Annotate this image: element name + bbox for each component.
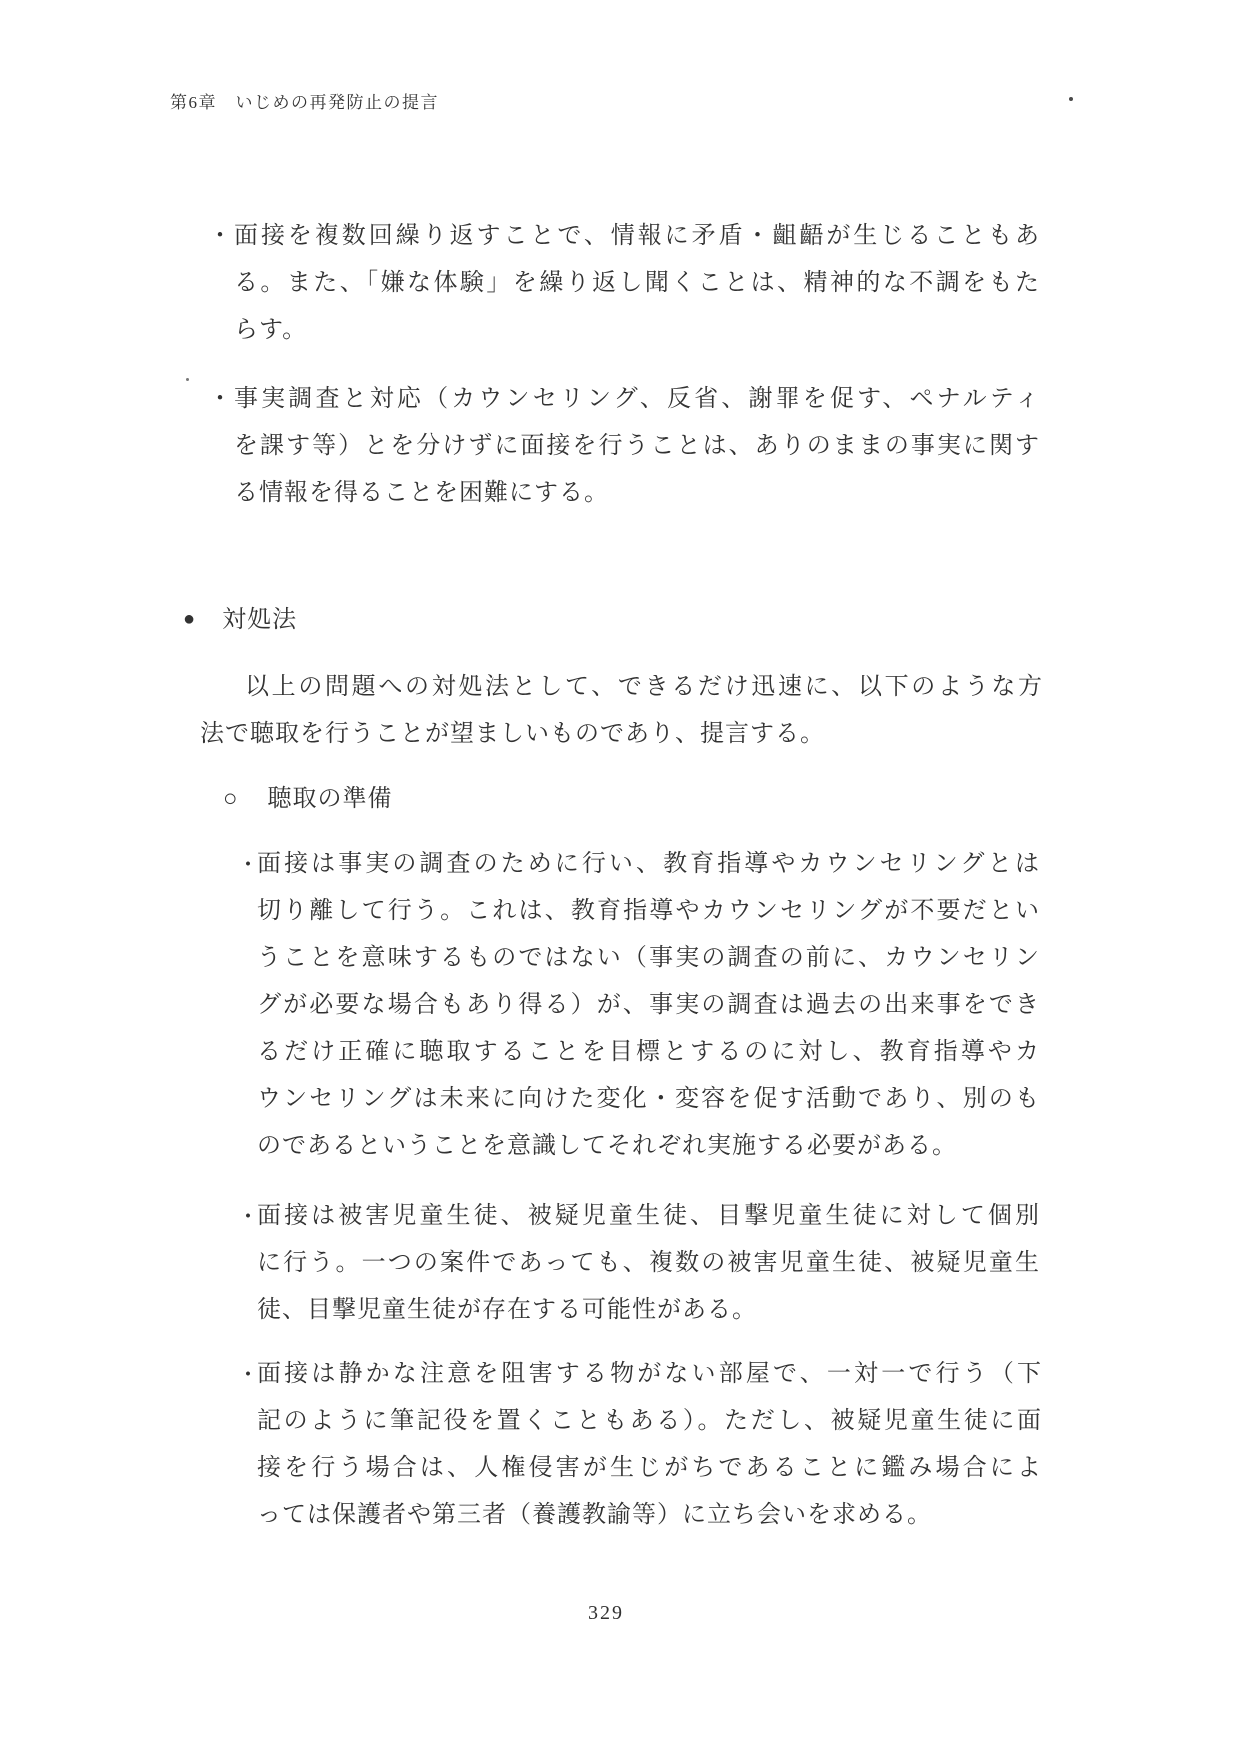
bullet-paragraph: ・面接は静かな注意を阻害する物がない部屋で、一対一で行う（下記のように筆記役を置… bbox=[257, 1351, 1042, 1539]
text-line: うことを意味するものではない（事実の調査の前に、カウンセリン bbox=[257, 935, 1040, 982]
open-circle-icon: ○ bbox=[223, 786, 239, 812]
bullet-icon: ・ bbox=[208, 213, 233, 260]
bullet-icon: ・ bbox=[208, 376, 233, 423]
text-line: らす。 bbox=[234, 307, 1040, 354]
text-line: 記のように筆記役を置くこともある）。ただし、被疑児童生徒に面 bbox=[257, 1398, 1042, 1445]
text-line: るだけ正確に聴取することを目標とするのに対し、教育指導やカ bbox=[257, 1029, 1040, 1076]
text-line: 徒、目撃児童生徒が存在する可能性がある。 bbox=[257, 1287, 1040, 1334]
page-number: 329 bbox=[556, 1601, 656, 1625]
text-line: を課す等）とを分けずに面接を行うことは、ありのままの事実に関す bbox=[234, 423, 1040, 470]
bullet-icon: ・ bbox=[237, 1351, 260, 1398]
text-line: 法で聴取を行うことが望ましいものであり、提言する。 bbox=[200, 711, 1043, 758]
bullet-paragraph: ・事実調査と対応（カウンセリング、反省、謝罪を促す、ペナルティを課す等）とを分け… bbox=[234, 376, 1040, 517]
text-line: る情報を得ることを困難にする。 bbox=[234, 470, 1040, 517]
bullet-paragraph: ・面接は事実の調査のために行い、教育指導やカウンセリングとは切り離して行う。これ… bbox=[257, 841, 1040, 1170]
text-line: ウンセリングは未来に向けた変化・変容を促す活動であり、別のも bbox=[257, 1076, 1040, 1123]
scanned-document-page: 第6章 いじめの再発防止の提言 ・面接を複数回繰り返すことで、情報に矛盾・齟齬が… bbox=[0, 0, 1239, 1754]
text-line: っては保護者や第三者（養護教諭等）に立ち会いを求める。 bbox=[257, 1492, 1042, 1539]
bullet-icon: ・ bbox=[237, 841, 260, 888]
scan-speck bbox=[1069, 97, 1073, 101]
scan-speck bbox=[186, 378, 189, 381]
chapter-header: 第6章 いじめの再発防止の提言 bbox=[170, 90, 439, 116]
text-line: 切り離して行う。これは、教育指導やカウンセリングが不要だとい bbox=[257, 888, 1040, 935]
bullet-paragraph: ・面接は被害児童生徒、被疑児童生徒、目撃児童生徒に対して個別に行う。一つの案件で… bbox=[257, 1193, 1040, 1334]
heading-text: 聴取の準備 bbox=[268, 786, 393, 812]
text-line: 面接は静かな注意を阻害する物がない部屋で、一対一で行う（下 bbox=[257, 1351, 1042, 1398]
text-line: る。また、「嫌な体験」を繰り返し聞くことは、精神的な不調をもた bbox=[234, 260, 1040, 307]
section-heading: ●対処法 bbox=[183, 596, 297, 644]
text-line: 面接は事実の調査のために行い、教育指導やカウンセリングとは bbox=[257, 841, 1040, 888]
text-line: 以上の問題への対処法として、できるだけ迅速に、以下のような方 bbox=[200, 664, 1043, 711]
text-line: 接を行う場合は、人権侵害が生じがちであることに鑑み場合によ bbox=[257, 1445, 1042, 1492]
paragraph: 以上の問題への対処法として、できるだけ迅速に、以下のような方法で聴取を行うことが… bbox=[200, 664, 1043, 758]
text-line: に行う。一つの案件であっても、複数の被害児童生徒、被疑児童生 bbox=[257, 1240, 1040, 1287]
text-line: 面接は被害児童生徒、被疑児童生徒、目撃児童生徒に対して個別 bbox=[257, 1193, 1040, 1240]
text-line: のであるということを意識してそれぞれ実施する必要がある。 bbox=[257, 1123, 1040, 1170]
text-line: 面接を複数回繰り返すことで、情報に矛盾・齟齬が生じることもあ bbox=[234, 213, 1040, 260]
bullet-paragraph: ・面接を複数回繰り返すことで、情報に矛盾・齟齬が生じることもある。また、「嫌な体… bbox=[234, 213, 1040, 354]
bullet-icon: ・ bbox=[237, 1193, 260, 1240]
filled-circle-icon: ● bbox=[183, 608, 196, 630]
subsection-heading: ○聴取の準備 bbox=[223, 776, 393, 823]
text-line: グが必要な場合もあり得る）が、事実の調査は過去の出来事をでき bbox=[257, 982, 1040, 1029]
text-line: 事実調査と対応（カウンセリング、反省、謝罪を促す、ペナルティ bbox=[234, 376, 1040, 423]
heading-text: 対処法 bbox=[222, 607, 297, 633]
